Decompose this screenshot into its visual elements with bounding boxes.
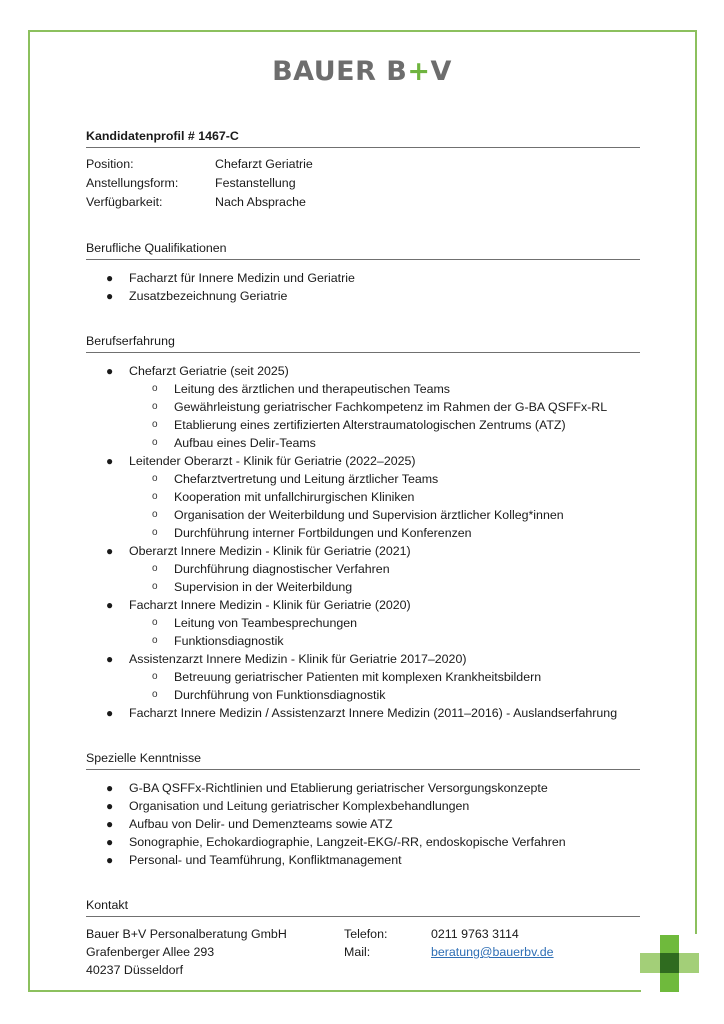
experience-title: Leitender Oberarzt - Klinik für Geriatri… bbox=[129, 454, 416, 468]
detail-item: oGewährleistung geriatrischer Fachkompet… bbox=[86, 398, 640, 416]
skill-item: ●Organisation und Leitung geriatrischer … bbox=[86, 797, 640, 815]
logo-text-left: BAUER B bbox=[272, 56, 407, 87]
bullet-icon: ● bbox=[106, 269, 113, 287]
detail-item: oChefarztvertretung und Leitung ärztlich… bbox=[86, 470, 640, 488]
bullet-icon: ● bbox=[106, 596, 113, 614]
circle-bullet-icon: o bbox=[152, 668, 158, 686]
circle-bullet-icon: o bbox=[152, 524, 158, 542]
cross-center bbox=[660, 953, 679, 973]
experience-item: ●Leitender Oberarzt - Klinik für Geriatr… bbox=[86, 452, 640, 542]
field-value: Festanstellung bbox=[215, 174, 296, 193]
circle-bullet-icon: o bbox=[152, 614, 158, 632]
skills-list: ●G-BA QSFFx-Richtlinien und Etablierung … bbox=[86, 779, 640, 869]
frame-border-right bbox=[695, 30, 697, 934]
circle-bullet-icon: o bbox=[152, 686, 158, 704]
qualifications-list: ●Facharzt für Innere Medizin und Geriatr… bbox=[86, 269, 640, 305]
circle-bullet-icon: o bbox=[152, 380, 158, 398]
circle-bullet-icon: o bbox=[152, 398, 158, 416]
frame-border-bottom bbox=[28, 990, 641, 992]
bullet-icon: ● bbox=[106, 833, 113, 851]
experience-title: Assistenzarzt Innere Medizin - Klinik fü… bbox=[129, 652, 466, 666]
contact-values: 0211 9763 3114 beratung@bauerbv.de bbox=[431, 925, 554, 979]
bullet-icon: ● bbox=[106, 362, 113, 380]
bullet-icon: ● bbox=[106, 851, 113, 869]
bullet-icon: ● bbox=[106, 779, 113, 797]
frame-border-top bbox=[28, 30, 697, 32]
field-value: Nach Absprache bbox=[215, 193, 306, 212]
detail-item: oDurchführung interner Fortbildungen und… bbox=[86, 524, 640, 542]
experience-item: ●Oberarzt Innere Medizin - Klinik für Ge… bbox=[86, 542, 640, 596]
skill-item: ●Sonographie, Echokardiographie, Langzei… bbox=[86, 833, 640, 851]
experience-details: oBetreuung geriatrischer Patienten mit k… bbox=[129, 668, 640, 704]
frame-border-left bbox=[28, 30, 30, 992]
contact-labels: Telefon: Mail: bbox=[344, 925, 431, 979]
experience-title: Facharzt Innere Medizin - Klinik für Ger… bbox=[129, 598, 411, 612]
detail-item: oDurchführung diagnostischer Verfahren bbox=[86, 560, 640, 578]
street: Grafenberger Allee 293 bbox=[86, 943, 344, 961]
company-name: Bauer B+V Personalberatung GmbH bbox=[86, 925, 344, 943]
field-label: Position: bbox=[86, 155, 215, 174]
detail-item: oKooperation mit unfallchirurgischen Kli… bbox=[86, 488, 640, 506]
skill-item: ●Personal- und Teamführung, Konfliktmana… bbox=[86, 851, 640, 869]
detail-item: oSupervision in der Weiterbildung bbox=[86, 578, 640, 596]
skill-item: ●G-BA QSFFx-Richtlinien und Etablierung … bbox=[86, 779, 640, 797]
section-heading-skills: Spezielle Kenntnisse bbox=[86, 750, 640, 770]
experience-title: Facharzt Innere Medizin / Assistenzarzt … bbox=[129, 706, 617, 720]
circle-bullet-icon: o bbox=[152, 632, 158, 650]
detail-item: oFunktionsdiagnostik bbox=[86, 632, 640, 650]
experience-item: ●Chefarzt Geriatrie (seit 2025)oLeitung … bbox=[86, 362, 640, 452]
circle-bullet-icon: o bbox=[152, 470, 158, 488]
logo-plus-icon: + bbox=[407, 56, 430, 87]
detail-item: oLeitung von Teambesprechungen bbox=[86, 614, 640, 632]
logo-text-right: V bbox=[431, 56, 452, 87]
detail-item: oDurchführung von Funktionsdiagnostik bbox=[86, 686, 640, 704]
experience-item: ●Assistenzarzt Innere Medizin - Klinik f… bbox=[86, 650, 640, 704]
email-link[interactable]: beratung@bauerbv.de bbox=[431, 945, 554, 959]
field-position: Position: Chefarzt Geriatrie bbox=[86, 155, 640, 174]
skill-item: ●Aufbau von Delir- und Demenzteams sowie… bbox=[86, 815, 640, 833]
experience-list: ●Chefarzt Geriatrie (seit 2025)oLeitung … bbox=[86, 362, 640, 722]
experience-details: oDurchführung diagnostischer VerfahrenoS… bbox=[129, 560, 640, 596]
contact-block: Bauer B+V Personalberatung GmbH Grafenbe… bbox=[86, 925, 640, 979]
bullet-icon: ● bbox=[106, 704, 113, 722]
experience-item: ●Facharzt Innere Medizin - Klinik für Ge… bbox=[86, 596, 640, 650]
list-item: ●Facharzt für Innere Medizin und Geriatr… bbox=[86, 269, 640, 287]
experience-details: oLeitung des ärztlichen und therapeutisc… bbox=[129, 380, 640, 452]
bullet-icon: ● bbox=[106, 797, 113, 815]
section-heading-experience: Berufserfahrung bbox=[86, 333, 640, 353]
list-item: ●Zusatzbezeichnung Geriatrie bbox=[86, 287, 640, 305]
detail-item: oOrganisation der Weiterbildung und Supe… bbox=[86, 506, 640, 524]
field-label: Verfügbarkeit: bbox=[86, 193, 215, 212]
detail-item: oLeitung des ärztlichen und therapeutisc… bbox=[86, 380, 640, 398]
detail-item: oBetreuung geriatrischer Patienten mit k… bbox=[86, 668, 640, 686]
bullet-icon: ● bbox=[106, 542, 113, 560]
circle-bullet-icon: o bbox=[152, 488, 158, 506]
phone-number: 0211 9763 3114 bbox=[431, 925, 554, 943]
circle-bullet-icon: o bbox=[152, 506, 158, 524]
bullet-icon: ● bbox=[106, 452, 113, 470]
experience-title: Chefarzt Geriatrie (seit 2025) bbox=[129, 364, 289, 378]
company-logo: BAUER B+V bbox=[0, 56, 724, 87]
field-label: Anstellungsform: bbox=[86, 174, 215, 193]
experience-details: oChefarztvertretung und Leitung ärztlich… bbox=[129, 470, 640, 542]
section-heading-contact: Kontakt bbox=[86, 897, 640, 917]
city: 40237 Düsseldorf bbox=[86, 961, 344, 979]
profile-document: Kandidatenprofil # 1467-C Position: Chef… bbox=[86, 128, 640, 979]
detail-item: oAufbau eines Delir-Teams bbox=[86, 434, 640, 452]
experience-title: Oberarzt Innere Medizin - Klinik für Ger… bbox=[129, 544, 411, 558]
circle-bullet-icon: o bbox=[152, 578, 158, 596]
bullet-icon: ● bbox=[106, 287, 113, 305]
mail-label: Mail: bbox=[344, 943, 431, 961]
experience-details: oLeitung von TeambesprechungenoFunktions… bbox=[129, 614, 640, 650]
experience-item: ●Facharzt Innere Medizin / Assistenzarzt… bbox=[86, 704, 640, 722]
field-availability: Verfügbarkeit: Nach Absprache bbox=[86, 193, 640, 212]
circle-bullet-icon: o bbox=[152, 434, 158, 452]
phone-label: Telefon: bbox=[344, 925, 431, 943]
section-heading-qualifications: Berufliche Qualifikationen bbox=[86, 240, 640, 260]
field-value: Chefarzt Geriatrie bbox=[215, 155, 313, 174]
circle-bullet-icon: o bbox=[152, 560, 158, 578]
contact-address: Bauer B+V Personalberatung GmbH Grafenbe… bbox=[86, 925, 344, 979]
detail-item: oEtablierung eines zertifizierten Alters… bbox=[86, 416, 640, 434]
circle-bullet-icon: o bbox=[152, 416, 158, 434]
bullet-icon: ● bbox=[106, 815, 113, 833]
bullet-icon: ● bbox=[106, 650, 113, 668]
profile-fields: Position: Chefarzt Geriatrie Anstellungs… bbox=[86, 155, 640, 212]
field-employment-type: Anstellungsform: Festanstellung bbox=[86, 174, 640, 193]
profile-title: Kandidatenprofil # 1467-C bbox=[86, 128, 640, 148]
